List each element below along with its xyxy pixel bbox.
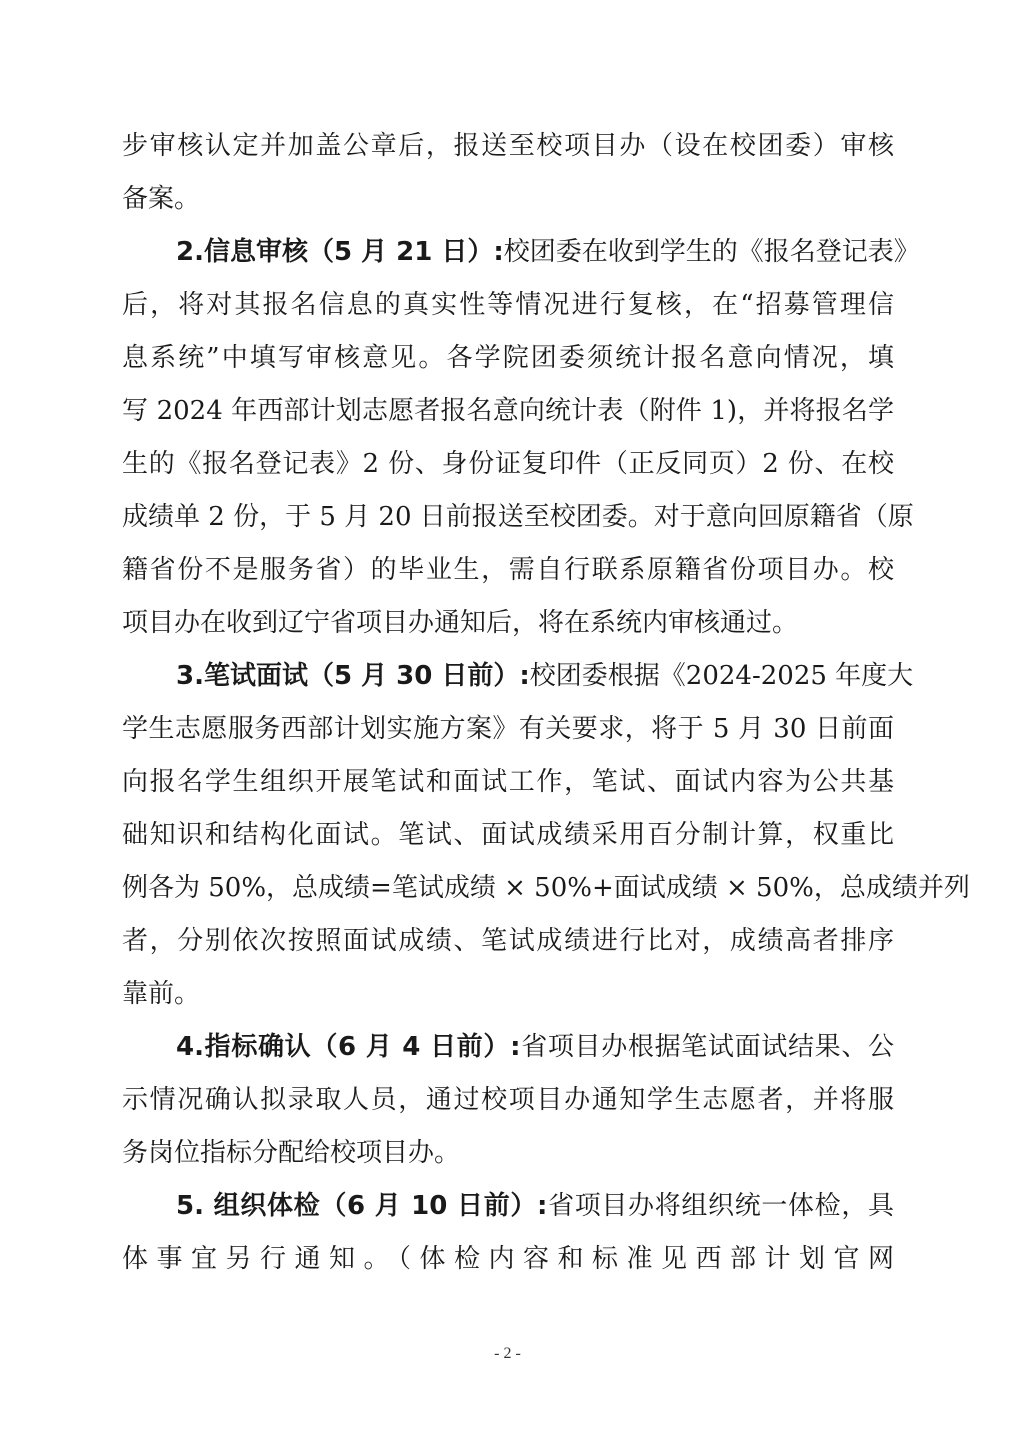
document-body: 步审核认定并加盖公章后，报送至校项目办（设在校团委）审核 备案。 2.信息审核（…	[122, 120, 894, 1286]
text-line: 籍省份不是服务省）的毕业生，需自行联系原籍省份项目办。校	[122, 544, 894, 597]
text-line: 者，分别依次按照面试成绩、笔试成绩进行比对，成绩高者排序	[122, 915, 894, 968]
text-line: 步审核认定并加盖公章后，报送至校项目办（设在校团委）审核	[122, 120, 894, 173]
section-written-interview: 3.笔试面试（5 月 30 日前）:校团委根据《2024-2025 年度大 学生…	[122, 650, 894, 1021]
text-line: 向报名学生组织开展笔试和面试工作，笔试、面试内容为公共基	[122, 756, 894, 809]
text-line: 备案。	[122, 173, 894, 226]
text-line: 示情况确认拟录取人员，通过校项目办通知学生志愿者，并将服	[122, 1074, 894, 1127]
section-first-line: 3.笔试面试（5 月 30 日前）:校团委根据《2024-2025 年度大	[122, 650, 894, 703]
section-first-line: 5. 组织体检（6 月 10 日前）:省项目办将组织统一体检，具	[122, 1180, 894, 1233]
section-first-line: 4.指标确认（6 月 4 日前）:省项目办根据笔试面试结果、公	[122, 1021, 894, 1074]
text-run: 校团委在收到学生的《报名登记表》	[504, 237, 920, 267]
section-medical-exam: 5. 组织体检（6 月 10 日前）:省项目办将组织统一体检，具 体事宜另行通知…	[122, 1180, 894, 1286]
text-line: 务岗位指标分配给校项目办。	[122, 1127, 894, 1180]
text-line: 成绩单 2 份，于 5 月 20 日前报送至校团委。对于意向回原籍省（原	[122, 491, 894, 544]
text-line: 靠前。	[122, 968, 894, 1021]
text-line: 项目办在收到辽宁省项目办通知后，将在系统内审核通过。	[122, 597, 894, 650]
text-line: 础知识和结构化面试。笔试、面试成绩采用百分制计算，权重比	[122, 809, 894, 862]
text-line: 息系统”中填写审核意见。各学院团委须统计报名意向情况，填	[122, 332, 894, 385]
text-run: 省项目办将组织统一体检，具	[547, 1191, 894, 1221]
paragraph-continuation: 步审核认定并加盖公章后，报送至校项目办（设在校团委）审核 备案。	[122, 120, 894, 226]
page-number: - 2 -	[0, 1345, 1015, 1363]
text-line: 例各为 50%，总成绩=笔试成绩 × 50%+面试成绩 × 50%，总成绩并列	[122, 862, 894, 915]
text-line: 写 2024 年西部计划志愿者报名意向统计表（附件 1)，并将报名学	[122, 385, 894, 438]
section-quota-confirmation: 4.指标确认（6 月 4 日前）:省项目办根据笔试面试结果、公 示情况确认拟录取…	[122, 1021, 894, 1180]
section-heading: 3.笔试面试（5 月 30 日前）:	[176, 661, 530, 691]
section-heading: 5. 组织体检（6 月 10 日前）:	[176, 1191, 547, 1221]
section-heading: 4.指标确认（6 月 4 日前）:	[176, 1032, 521, 1062]
text-run: 省项目办根据笔试面试结果、公	[521, 1032, 894, 1062]
section-first-line: 2.信息审核（5 月 21 日）:校团委在收到学生的《报名登记表》	[122, 226, 894, 279]
text-line: 体事宜另行通知。（体检内容和标准见西部计划官网	[122, 1233, 894, 1286]
text-line: 生的《报名登记表》2 份、身份证复印件（正反同页）2 份、在校	[122, 438, 894, 491]
section-heading: 2.信息审核（5 月 21 日）:	[176, 237, 504, 267]
text-line: 后，将对其报名信息的真实性等情况进行复核，在“招募管理信	[122, 279, 894, 332]
text-run: 校团委根据《2024-2025 年度大	[530, 661, 913, 691]
text-line: 学生志愿服务西部计划实施方案》有关要求，将于 5 月 30 日前面	[122, 703, 894, 756]
section-info-review: 2.信息审核（5 月 21 日）:校团委在收到学生的《报名登记表》 后，将对其报…	[122, 226, 894, 650]
